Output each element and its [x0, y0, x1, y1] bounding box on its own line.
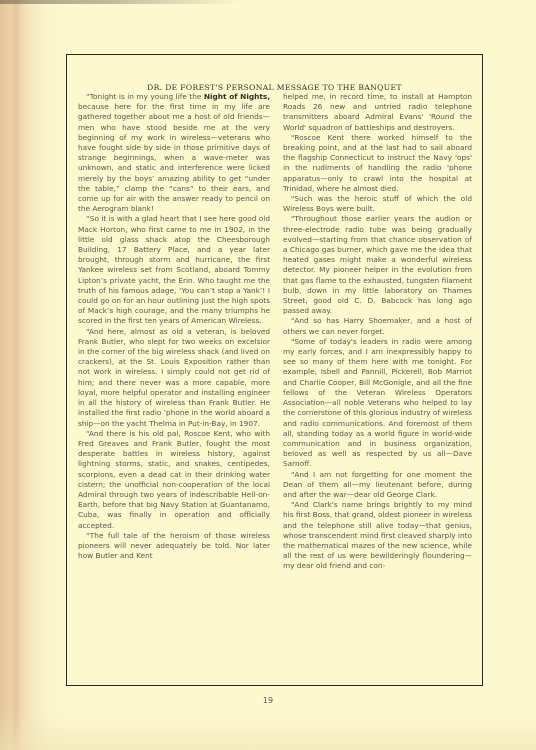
right-column: helped me, in record time, to install at… — [283, 92, 472, 572]
message-box: DR. DE FOREST'S PERSONAL MESSAGE TO THE … — [66, 54, 483, 686]
paragraph: "And Clark's name brings brightly to my … — [283, 500, 472, 571]
paragraph: “The full tale of the heroism of those w… — [78, 531, 270, 562]
paragraph: helped me, in record time, to install at… — [283, 92, 472, 133]
paragraph: "And I am not forgetting for one moment … — [283, 470, 472, 501]
paragraph: "And so has Harry Shoemaker, and a host … — [283, 316, 472, 336]
page-number: 19 — [0, 696, 536, 705]
page-title: DR. DE FOREST'S PERSONAL MESSAGE TO THE … — [67, 83, 482, 92]
paragraph: “And here, almost as old a veteran, is b… — [78, 327, 270, 429]
paragraph: "Some of today's leaders in radio were a… — [283, 337, 472, 470]
page-edge-stain — [0, 0, 536, 4]
paragraph: "Such was the heroic stuff of which the … — [283, 194, 472, 214]
paragraph: “And there is his old pal, Roscoe Kent, … — [78, 429, 270, 531]
paragraph: “So it is with a glad heart that I see h… — [78, 214, 270, 326]
left-column: “Tonight is in my young life the Night o… — [78, 92, 270, 561]
page-bottom-stain — [0, 710, 536, 750]
paragraph: “Tonight is in my young life the Night o… — [78, 92, 270, 214]
paragraph: "Throughout those earlier years the audi… — [283, 214, 472, 316]
paragraph: "Roscoe Kent there worked himself to the… — [283, 133, 472, 194]
